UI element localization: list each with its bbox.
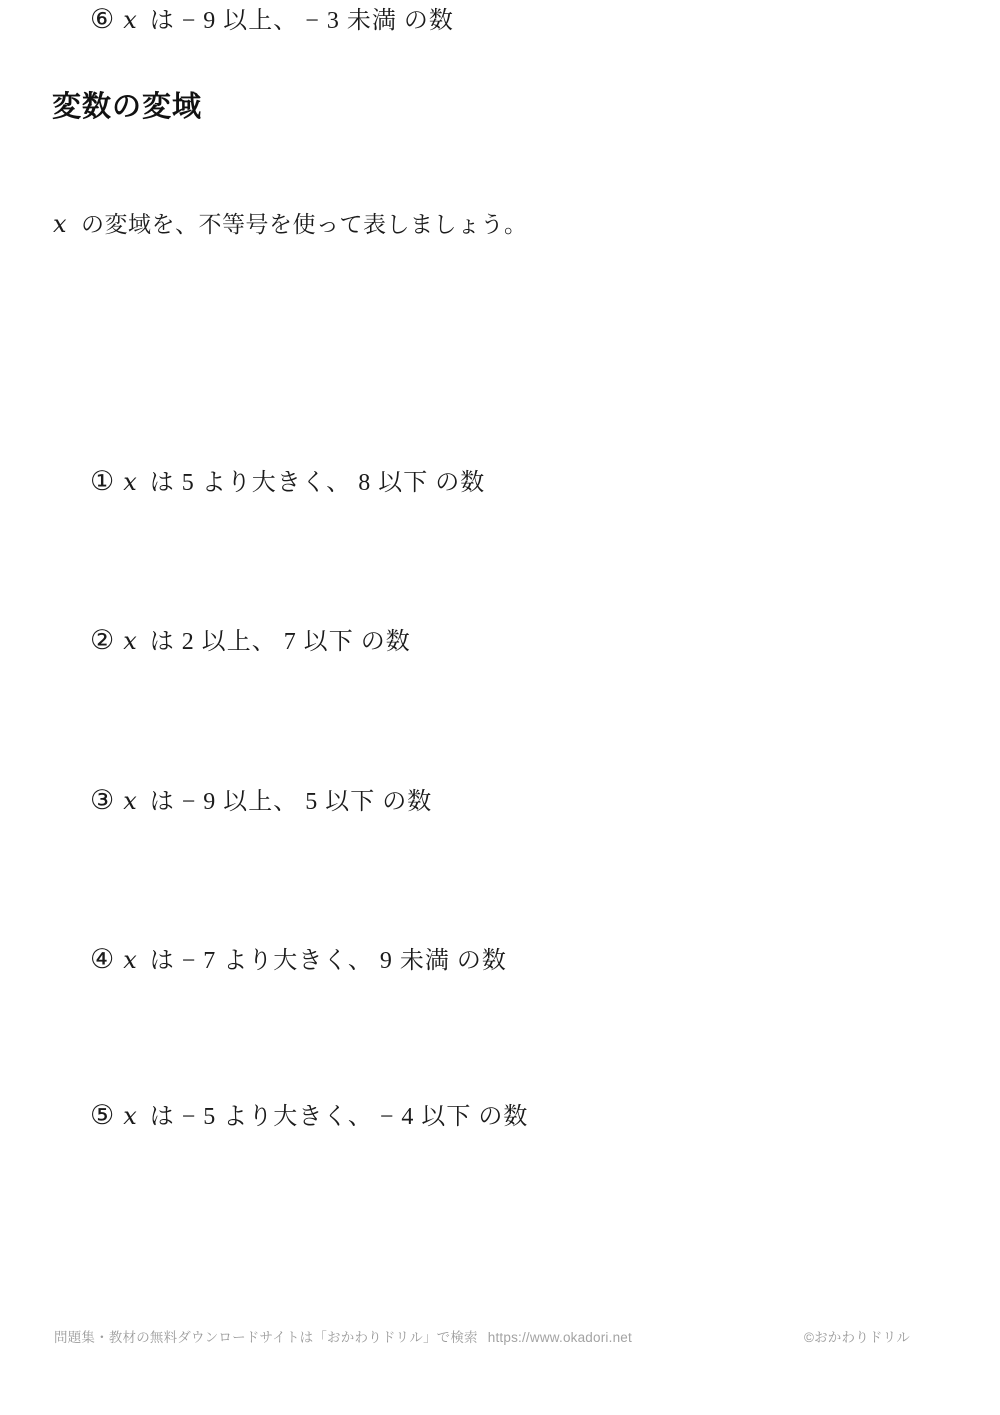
problem-item-5: ⑤xは − 5 より大きく、 − 4 以下 の数 bbox=[90, 1096, 528, 1131]
problem-variable: x bbox=[123, 787, 138, 815]
problem-variable: x bbox=[123, 627, 138, 655]
footer-copyright: ©おかわりドリル bbox=[804, 1326, 910, 1346]
instruction-line: xの変域を、不等号を使って表しましょう。 bbox=[53, 206, 528, 239]
problem-text: は − 7 より大きく、 9 未満 の数 bbox=[150, 948, 507, 974]
problem-variable: x bbox=[123, 6, 138, 34]
page-footer: 問題集・教材の無料ダウンロードサイトは「おかわりドリル」で検索https://w… bbox=[0, 1326, 1000, 1346]
problem-number: ② bbox=[90, 625, 115, 655]
footer-search-note: 問題集・教材の無料ダウンロードサイトは「おかわりドリル」で検索 bbox=[54, 1330, 478, 1345]
problem-text: は 2 以上、 7 以下 の数 bbox=[150, 629, 411, 655]
problem-variable: x bbox=[123, 468, 138, 496]
problem-variable: x bbox=[123, 1102, 138, 1130]
problem-number: ④ bbox=[90, 944, 115, 974]
problem-item-4: ④xは − 7 より大きく、 9 未満 の数 bbox=[90, 940, 507, 975]
problem-number: ⑤ bbox=[90, 1100, 115, 1130]
problem-text: は 5 より大きく、 8 以下 の数 bbox=[150, 470, 486, 496]
problem-item-3: ③xは − 9 以上、 5 以下 の数 bbox=[90, 781, 432, 816]
problem-number: ③ bbox=[90, 785, 115, 815]
footer-note: 問題集・教材の無料ダウンロードサイトは「おかわりドリル」で検索https://w… bbox=[54, 1326, 632, 1346]
worksheet-page: 変数の変域 xの変域を、不等号を使って表しましょう。 ①xは 5 より大きく、 … bbox=[0, 0, 1000, 1415]
instruction-variable: x bbox=[53, 210, 67, 238]
problem-text: は − 9 以上、 − 3 未満 の数 bbox=[150, 8, 454, 34]
problem-number: ① bbox=[90, 466, 115, 496]
problem-text: は − 9 以上、 5 以下 の数 bbox=[150, 789, 433, 815]
problem-number: ⑥ bbox=[90, 4, 115, 34]
problem-item-2: ②xは 2 以上、 7 以下 の数 bbox=[90, 621, 411, 656]
page-title: 変数の変域 bbox=[52, 84, 202, 125]
problem-variable: x bbox=[123, 946, 138, 974]
problem-item-1: ①xは 5 より大きく、 8 以下 の数 bbox=[90, 462, 485, 497]
problem-text: は − 5 より大きく、 − 4 以下 の数 bbox=[150, 1104, 529, 1130]
footer-url: https://www.okadori.net bbox=[488, 1330, 632, 1345]
problem-item-6: ⑥xは − 9 以上、 − 3 未満 の数 bbox=[90, 0, 454, 35]
instruction-text: の変域を、不等号を使って表しましょう。 bbox=[81, 211, 528, 237]
